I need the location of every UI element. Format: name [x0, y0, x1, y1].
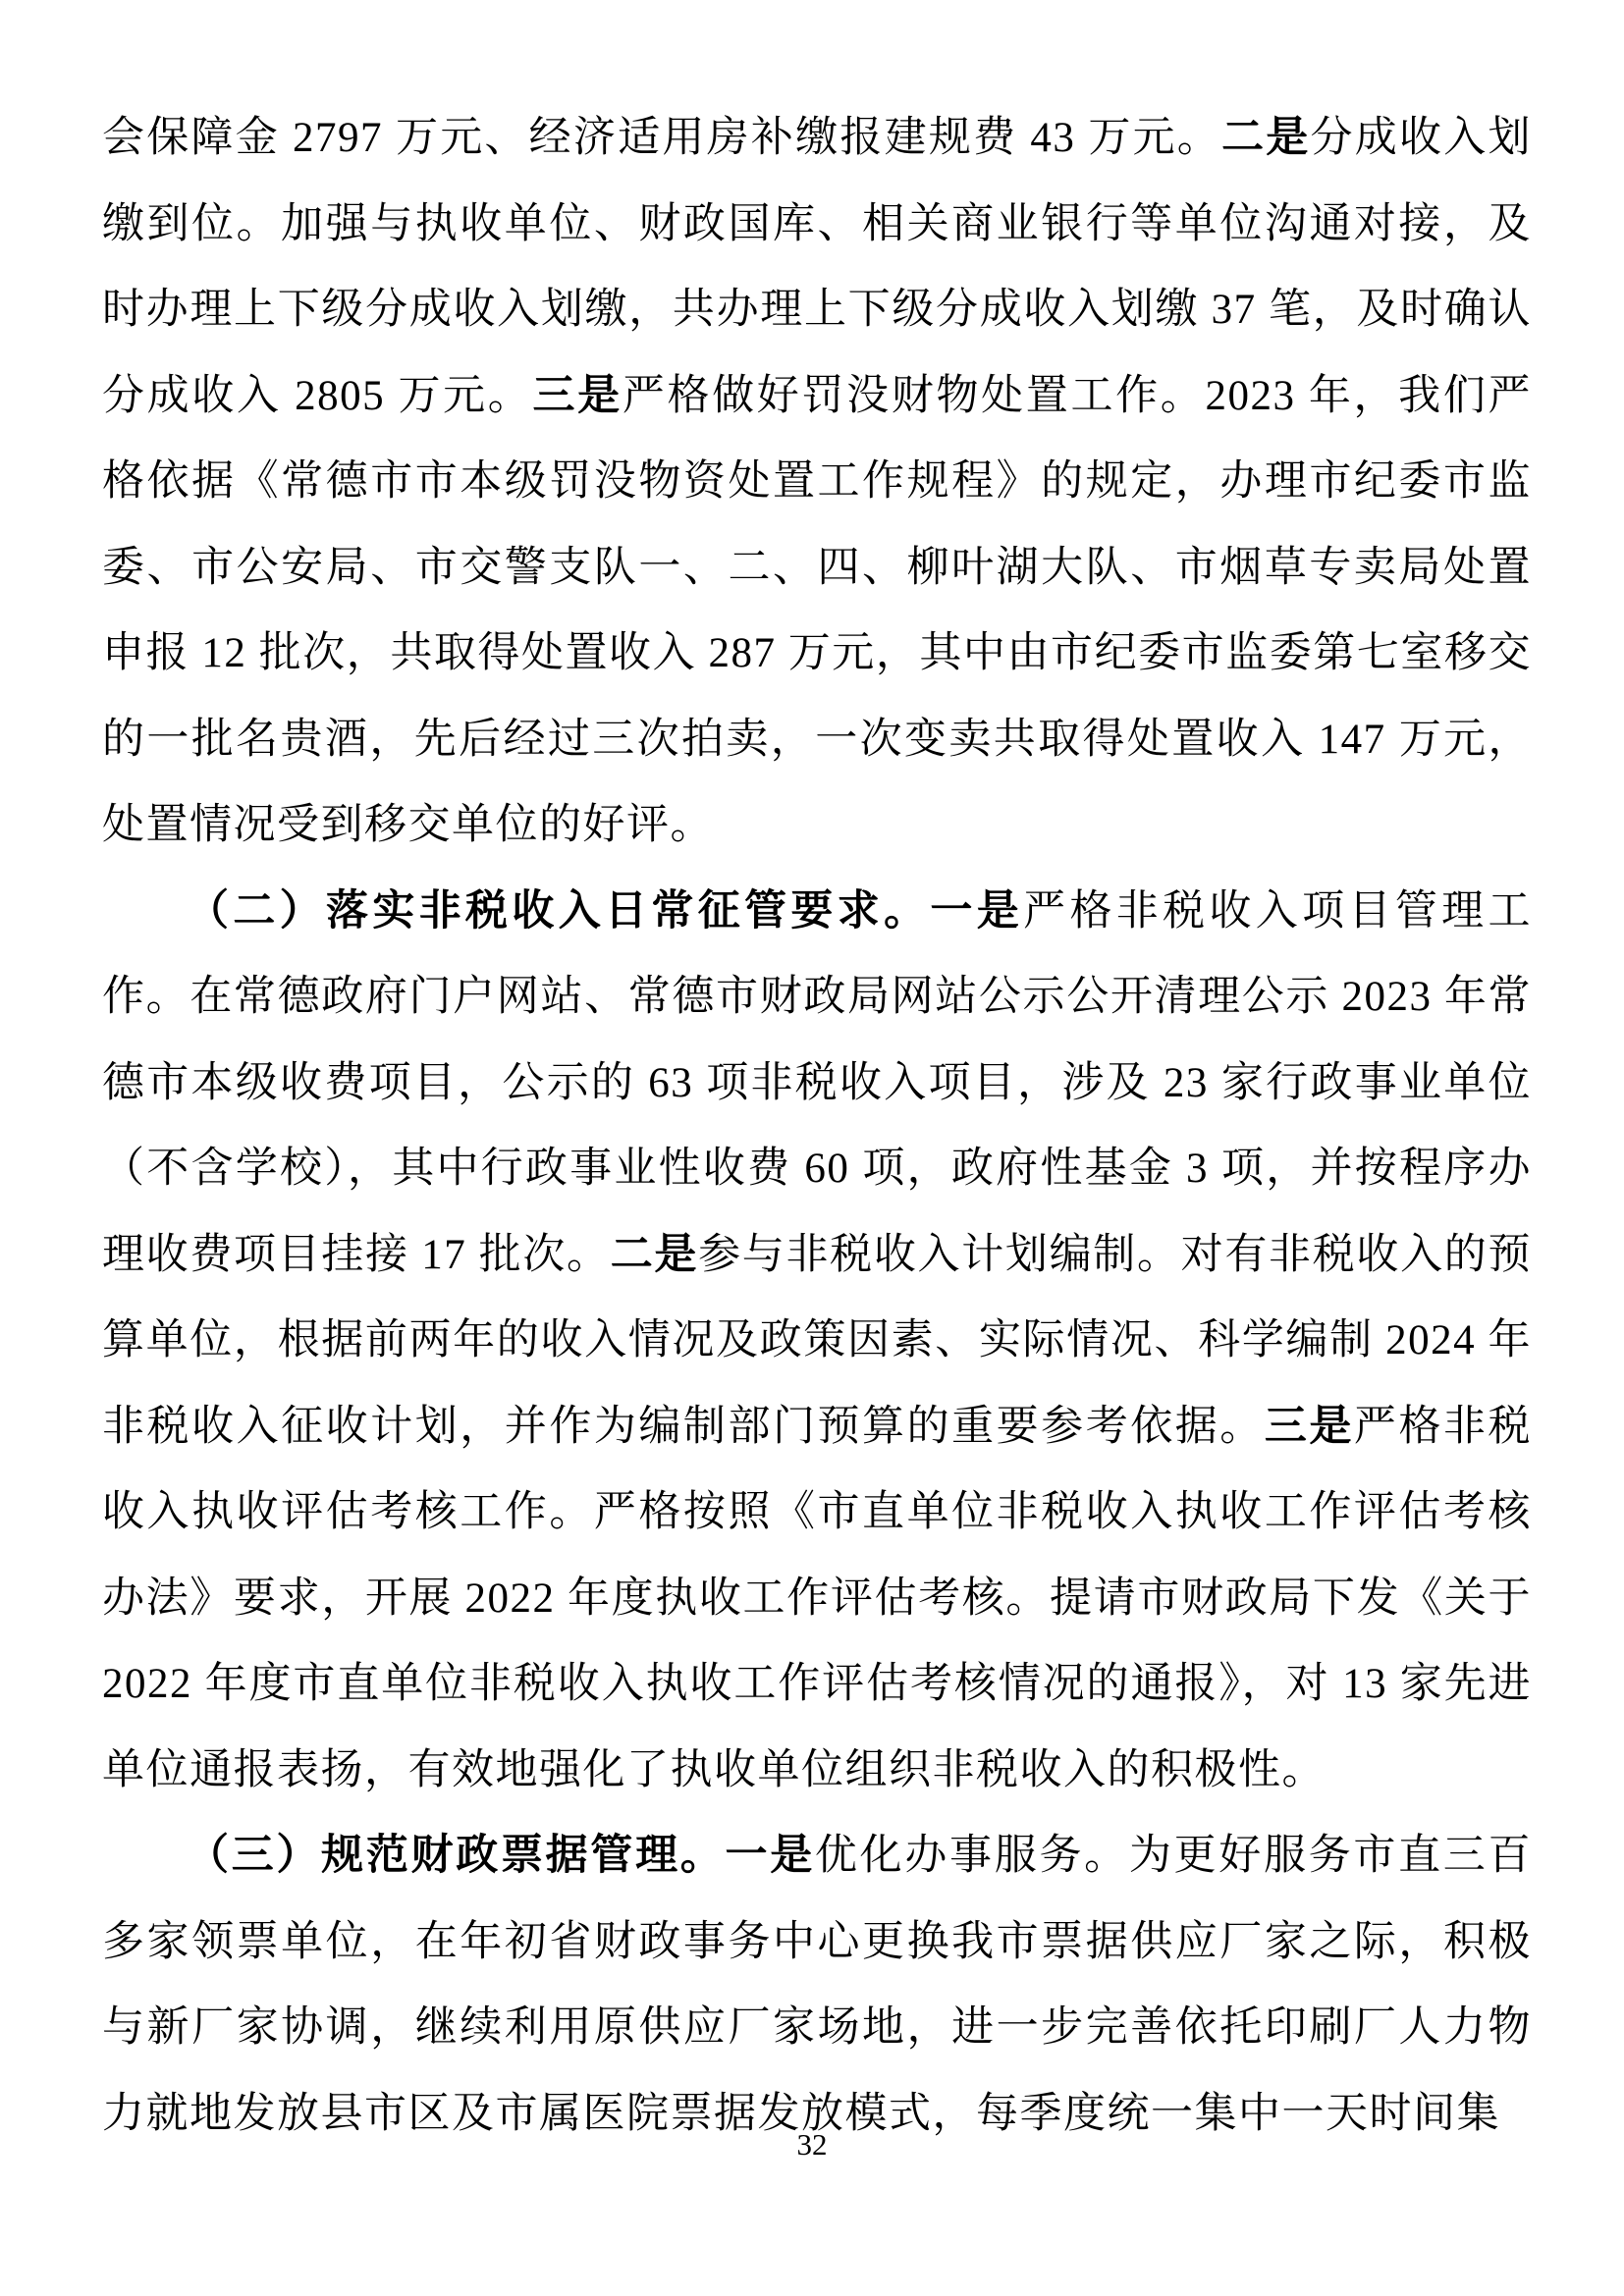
body-text: 会保障金 2797 万元、经济适用房补缴报建规费 43 万元。	[102, 115, 1221, 161]
emphasis-text: 二是	[611, 1232, 698, 1278]
paragraph-1: 会保障金 2797 万元、经济适用房补缴报建规费 43 万元。二是分成收入划缴到…	[102, 95, 1532, 869]
page-number: 32	[0, 2128, 1624, 2162]
body-text: 严格非税收入项目管理工作。在常德政府门户网站、常德市财政局网站公示公开清理公示 …	[102, 888, 1532, 1278]
body-text: 严格做好罚没财物处置工作。2023 年，我们严格依据《常德市市本级罚没物资处置工…	[102, 373, 1532, 849]
body-text: 严格非税收入执收评估考核工作。严格按照《市直单位非税收入执收工作评估考核办法》要…	[102, 1404, 1532, 1793]
emphasis-text: 二是	[1221, 115, 1310, 161]
emphasis-text: （二）落实非税收入日常征管要求。一是	[187, 888, 1023, 934]
emphasis-text: 三是	[1265, 1404, 1354, 1450]
emphasis-text: （三）规范财政票据管理。一是	[187, 1833, 815, 1879]
paragraph-3: （三）规范财政票据管理。一是优化办事服务。为更好服务市直三百多家领票单位，在年初…	[102, 1813, 1532, 2157]
document-page: 会保障金 2797 万元、经济适用房补缴报建规费 43 万元。二是分成收入划缴到…	[0, 0, 1624, 2296]
paragraph-2: （二）落实非税收入日常征管要求。一是严格非税收入项目管理工作。在常德政府门户网站…	[102, 869, 1532, 1814]
emphasis-text: 三是	[532, 373, 622, 419]
document-body: 会保障金 2797 万元、经济适用房补缴报建规费 43 万元。二是分成收入划缴到…	[102, 95, 1532, 2157]
